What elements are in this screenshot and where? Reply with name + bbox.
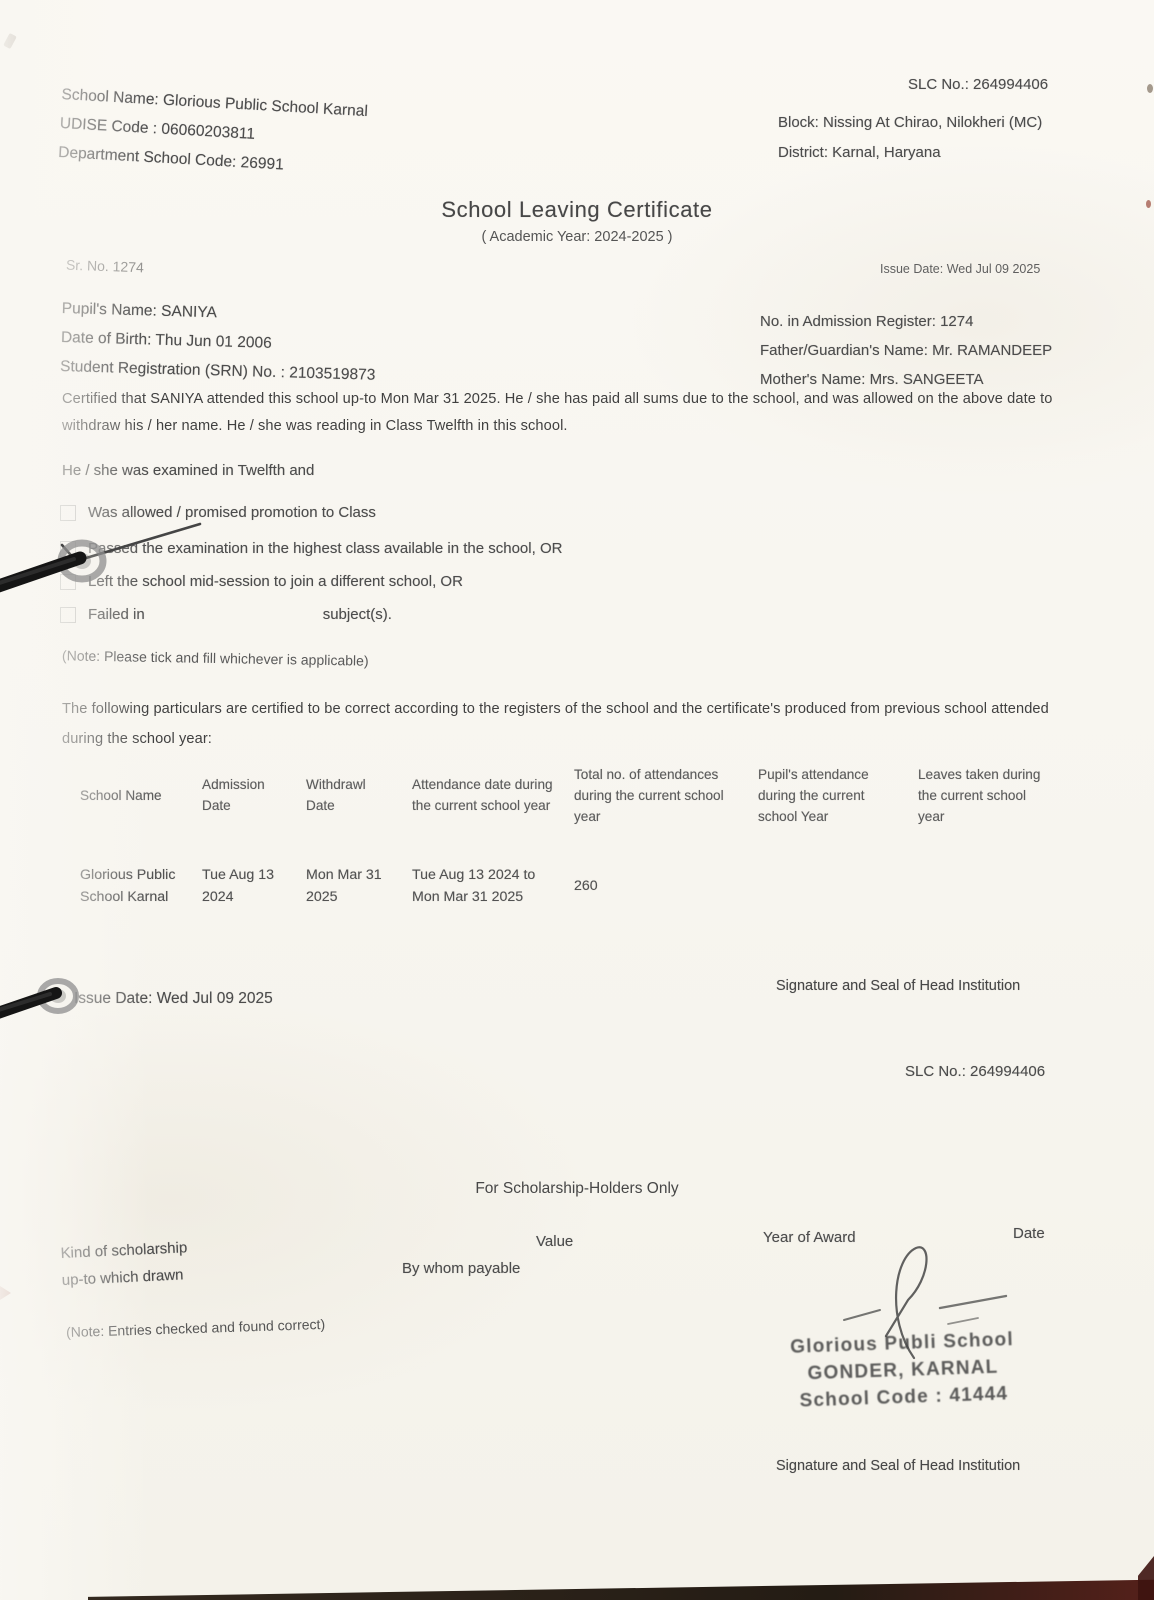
scanned-certificate-page: SLC No.: 264994406 School Name: Glorious… <box>0 0 1154 1600</box>
father-name-line: Father/Guardian's Name: Mr. RAMANDEEP <box>760 336 1052 365</box>
block-line: Block: Nissing At Chirao, Nilokheri (MC) <box>778 108 1042 138</box>
checkbox-failed-suffix: subject(s). <box>323 606 392 623</box>
particulars-paragraph: The following particulars are certified … <box>62 694 1077 754</box>
col-header-attendance-date: Attendance date during the current schoo… <box>412 774 574 816</box>
row-total-attendances: 260 <box>574 875 758 897</box>
col-header-pupil-attendance: Pupil's attendance during the current sc… <box>758 764 918 827</box>
admission-register-line: No. in Admission Register: 1274 <box>760 307 1052 336</box>
pupil-dob-line: Date of Birth: Thu Jun 01 2006 <box>61 329 377 356</box>
certified-paragraph: Certified that SANIYA attended this scho… <box>62 386 1067 440</box>
udise-code-line: UDISE Code : 06060203811 <box>59 115 366 150</box>
serial-number: Sr. No. 1274 <box>66 257 144 276</box>
scholarship-kind-block: Kind of scholarship up-to which drawn <box>60 1234 189 1294</box>
examined-line: He / she was examined in Twelfth and <box>62 462 314 479</box>
footer-slc-number: SLC No.: 264994406 <box>905 1063 1045 1080</box>
issue-date-top: Issue Date: Wed Jul 09 2025 <box>880 262 1040 276</box>
binder-coil-bottom <box>0 960 110 1040</box>
col-header-school-name: School Name <box>80 785 202 806</box>
row-attendance-date: Tue Aug 13 2024 to Mon Mar 31 2025 <box>412 864 574 908</box>
scan-speck-red-left <box>0 1286 11 1300</box>
document-title: School Leaving Certificate <box>0 197 1154 223</box>
col-header-leaves-taken: Leaves taken during the current school y… <box>918 764 1056 827</box>
row-withdrawl-date: Mon Mar 31 2025 <box>306 864 412 908</box>
scholarship-value-label: Value <box>536 1233 573 1250</box>
binder-coil-top <box>0 525 125 615</box>
scan-speck-red-right <box>1146 200 1151 208</box>
district-line: District: Karnal, Haryana <box>778 138 1042 168</box>
pupil-details-right: No. in Admission Register: 1274 Father/G… <box>760 307 1052 394</box>
pupil-srn-line: Student Registration (SRN) No. : 2103519… <box>60 358 376 385</box>
academic-year-subtitle: ( Academic Year: 2024-2025 ) <box>0 229 1154 245</box>
scholarship-kind-line2: up-to which drawn <box>61 1261 189 1294</box>
checkbox-left-school-label: Left the school mid-session to join a di… <box>88 573 463 590</box>
scan-speck-right-top <box>1147 84 1153 93</box>
department-school-code-line: Department School Code: 26991 <box>58 144 365 179</box>
pupil-name-line: Pupil's Name: SANIYA <box>61 300 377 327</box>
tick-note: (Note: Please tick and fill whichever is… <box>62 647 369 668</box>
footer-signature-label: Signature and Seal of Head Institution <box>776 978 1020 994</box>
scholarship-note: (Note: Entries checked and found correct… <box>66 1316 326 1340</box>
school-name-line: School Name: Glorious Public School Karn… <box>61 86 368 121</box>
col-header-total-attendances: Total no. of attendances during the curr… <box>574 764 758 827</box>
col-header-withdrawl-date: Withdrawl Date <box>306 774 412 816</box>
block-district-block: Block: Nissing At Chirao, Nilokheri (MC)… <box>778 108 1042 168</box>
bottom-signature-label: Signature and Seal of Head Institution <box>776 1458 1020 1474</box>
row-school-name: Glorious Public School Karnal <box>80 864 202 908</box>
row-admission-date: Tue Aug 13 2024 <box>202 864 306 908</box>
scan-bottom-right-corner <box>1138 1556 1154 1600</box>
pupil-details-left: Pupil's Name: SANIYA Date of Birth: Thu … <box>60 300 378 396</box>
scan-speck-top-left <box>3 33 17 49</box>
scholarship-payable-label: By whom payable <box>402 1260 520 1277</box>
school-info-block: School Name: Glorious Public School Karn… <box>57 86 368 190</box>
attendance-table-header: School Name Admission Date Withdrawl Dat… <box>80 762 1056 828</box>
slc-number-top: SLC No.: 264994406 <box>908 76 1048 93</box>
scan-bottom-edge <box>88 1574 1154 1600</box>
scholarship-title: For Scholarship-Holders Only <box>0 1180 1154 1198</box>
attendance-table-row: Glorious Public School Karnal Tue Aug 13… <box>80 850 1056 922</box>
school-stamp: Glorious Publi School GONDER, KARNAL Sch… <box>757 1325 1050 1416</box>
col-header-admission-date: Admission Date <box>202 774 306 816</box>
